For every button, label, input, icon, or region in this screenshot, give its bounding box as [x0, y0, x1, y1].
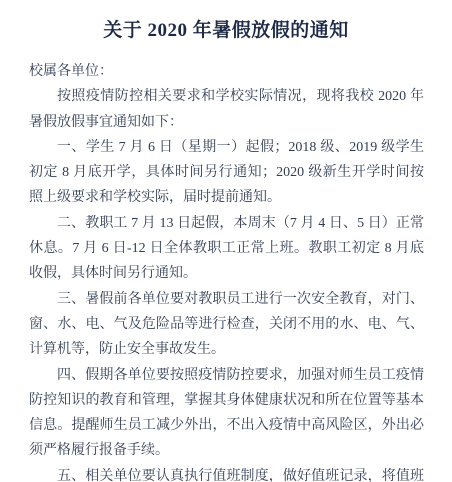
body-line: 五、相关单位要认真执行值班制度，做好值班记录，将值班 — [29, 464, 424, 482]
document-title: 关于 2020 年暑假放假的通知 — [0, 18, 452, 44]
body-line: 计算机等，防止安全事故发生。 — [29, 337, 424, 362]
body-line: 初定 8 月底开学，具体时间另行通知；2020 级新生开学时间按 — [29, 160, 424, 185]
body-line: 一、学生 7 月 6 日（星期一）起假；2018 级、2019 级学生 — [29, 135, 424, 160]
salutation-line: 校属各单位： — [29, 59, 424, 84]
body-line: 信息。提醒师生员工减少外出，不出入疫情中高风险区，外出必 — [29, 413, 424, 438]
document-body: 校属各单位： 按照疫情防控相关要求和学校实际情况，现将我校 2020 年 暑假放… — [29, 59, 424, 482]
body-line: 收假，具体时间另行通知。 — [29, 261, 424, 286]
body-line: 须严格履行报备手续。 — [29, 438, 424, 463]
body-line: 防控知识的教育和管理，掌握其身体健康状况和所在位置等基本 — [29, 388, 424, 413]
body-line: 窗、水、电、气及危险品等进行检查，关闭不用的水、电、气、 — [29, 312, 424, 337]
body-line: 照上级要求和学校实际，届时提前通知。 — [29, 185, 424, 210]
body-line: 二、教职工 7 月 13 日起假，本周末（7 月 4 日、5 日）正常 — [29, 211, 424, 236]
body-line: 暑假放假事宜通知如下： — [29, 110, 424, 135]
body-line: 四、假期各单位要按照疫情防控要求，加强对师生员工疫情 — [29, 363, 424, 388]
notice-document-page: 关于 2020 年暑假放假的通知 校属各单位： 按照疫情防控相关要求和学校实际情… — [0, 0, 452, 482]
body-line: 三、暑假前各单位要对教职员工进行一次安全教育，对门、 — [29, 287, 424, 312]
body-line: 休息。7 月 6 日-12 日全体教职工正常上班。教职工初定 8 月底 — [29, 236, 424, 261]
body-line: 按照疫情防控相关要求和学校实际情况，现将我校 2020 年 — [29, 84, 424, 109]
